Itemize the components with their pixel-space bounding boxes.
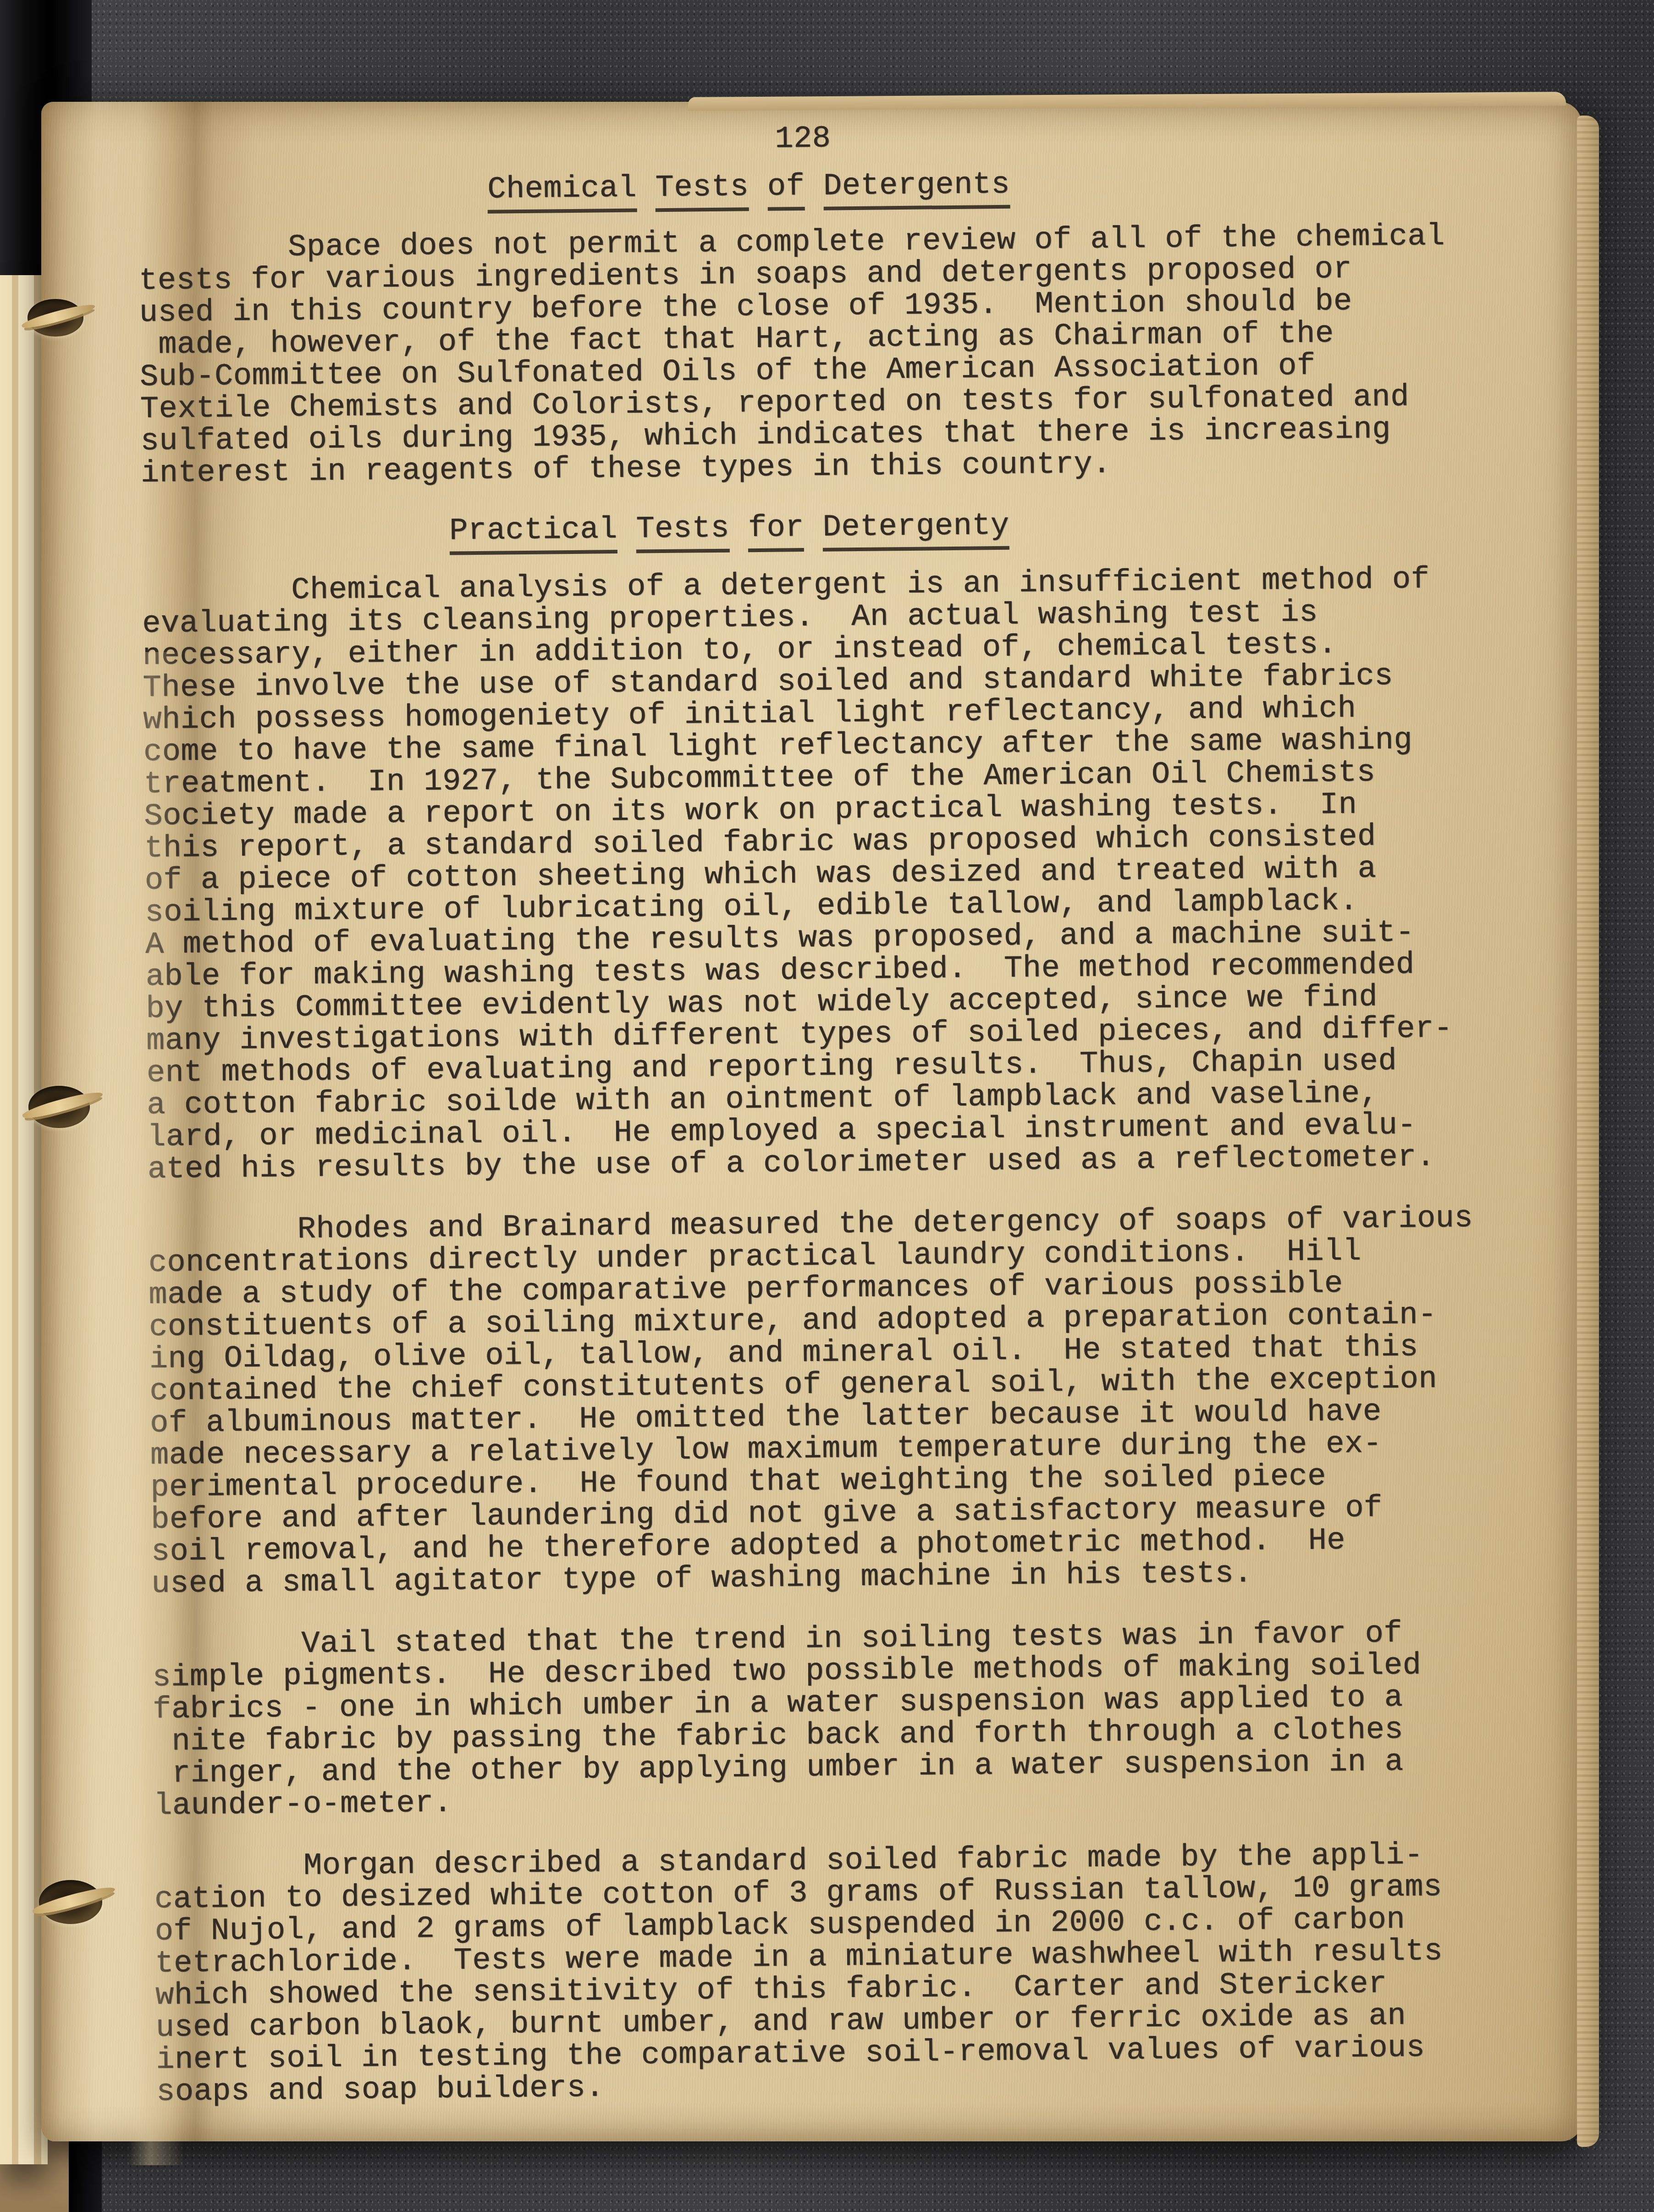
- document-page: 128 Chemical Tests of Detergents Space d…: [41, 102, 1582, 2141]
- heading-word: Practical: [449, 512, 617, 555]
- section-heading-practical-tests: Practical Tests for Detergenty: [449, 505, 1512, 547]
- heading-word: Detergenty: [822, 509, 1009, 552]
- paragraph: Rhodes and Brainard measured the deterge…: [148, 1202, 1522, 1600]
- stacked-pages-left-edge: [0, 275, 48, 2164]
- heading-word: Tests: [655, 170, 749, 212]
- section-heading-chemical-tests: Chemical Tests of Detergents: [487, 164, 1509, 205]
- page-number: 128: [775, 116, 1509, 155]
- typewritten-text: 128 Chemical Tests of Detergents Space d…: [138, 116, 1527, 2108]
- binding-hole: [28, 299, 83, 337]
- paragraph: Chemical analysis of a detergent is an i…: [142, 563, 1518, 1186]
- heading-word: Detergents: [823, 167, 1010, 210]
- scan-background: 128 Chemical Tests of Detergents Space d…: [0, 0, 1654, 2212]
- heading-word: Chemical: [487, 171, 637, 214]
- heading-word: for: [748, 510, 804, 552]
- paragraph: Space does not permit a complete review …: [138, 220, 1511, 490]
- paragraph: Vail stated that the trend in soiling te…: [152, 1616, 1524, 1822]
- heading-word: Tests: [636, 511, 729, 553]
- paragraph: Morgan described a standard soiled fabri…: [154, 1838, 1527, 2108]
- heading-word: of: [767, 169, 805, 211]
- binding-hole: [28, 1086, 90, 1128]
- binding-hole: [39, 1880, 102, 1924]
